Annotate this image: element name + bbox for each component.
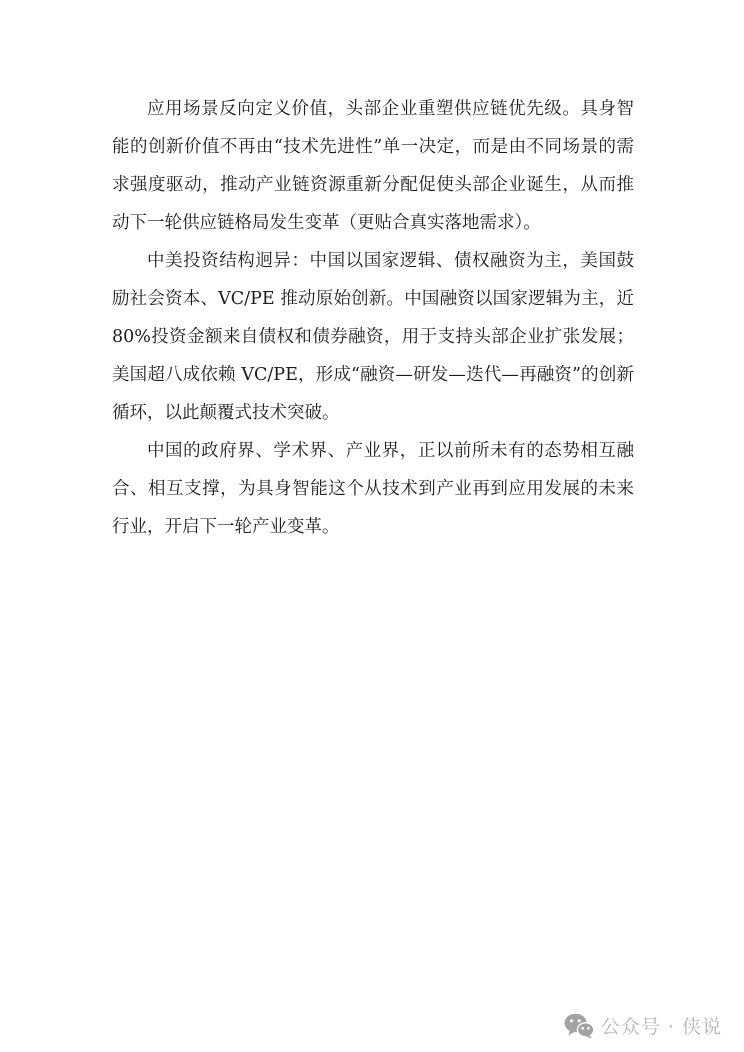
paragraph-industry-transformation: 中国的政府界、学术界、产业界，正以前所未有的态势相互融合、相互支撑，为具身智能这… xyxy=(112,432,634,546)
wechat-icon xyxy=(564,1013,594,1039)
watermark: 公众号 · 侠说 xyxy=(564,1012,722,1039)
watermark-label: 公众号 · 侠说 xyxy=(601,1012,722,1039)
document-page: 应用场景反向定义价值，头部企业重塑供应链优先级。具身智能的创新价值不再由“技术先… xyxy=(0,0,744,1052)
paragraph-application-scenarios: 应用场景反向定义价值，头部企业重塑供应链优先级。具身智能的创新价值不再由“技术先… xyxy=(112,90,634,242)
paragraph-investment-structure: 中美投资结构迥异：中国以国家逻辑、债权融资为主，美国鼓励社会资本、VC/PE 推… xyxy=(112,242,634,432)
text-content: 应用场景反向定义价值，头部企业重塑供应链优先级。具身智能的创新价值不再由“技术先… xyxy=(112,90,634,546)
